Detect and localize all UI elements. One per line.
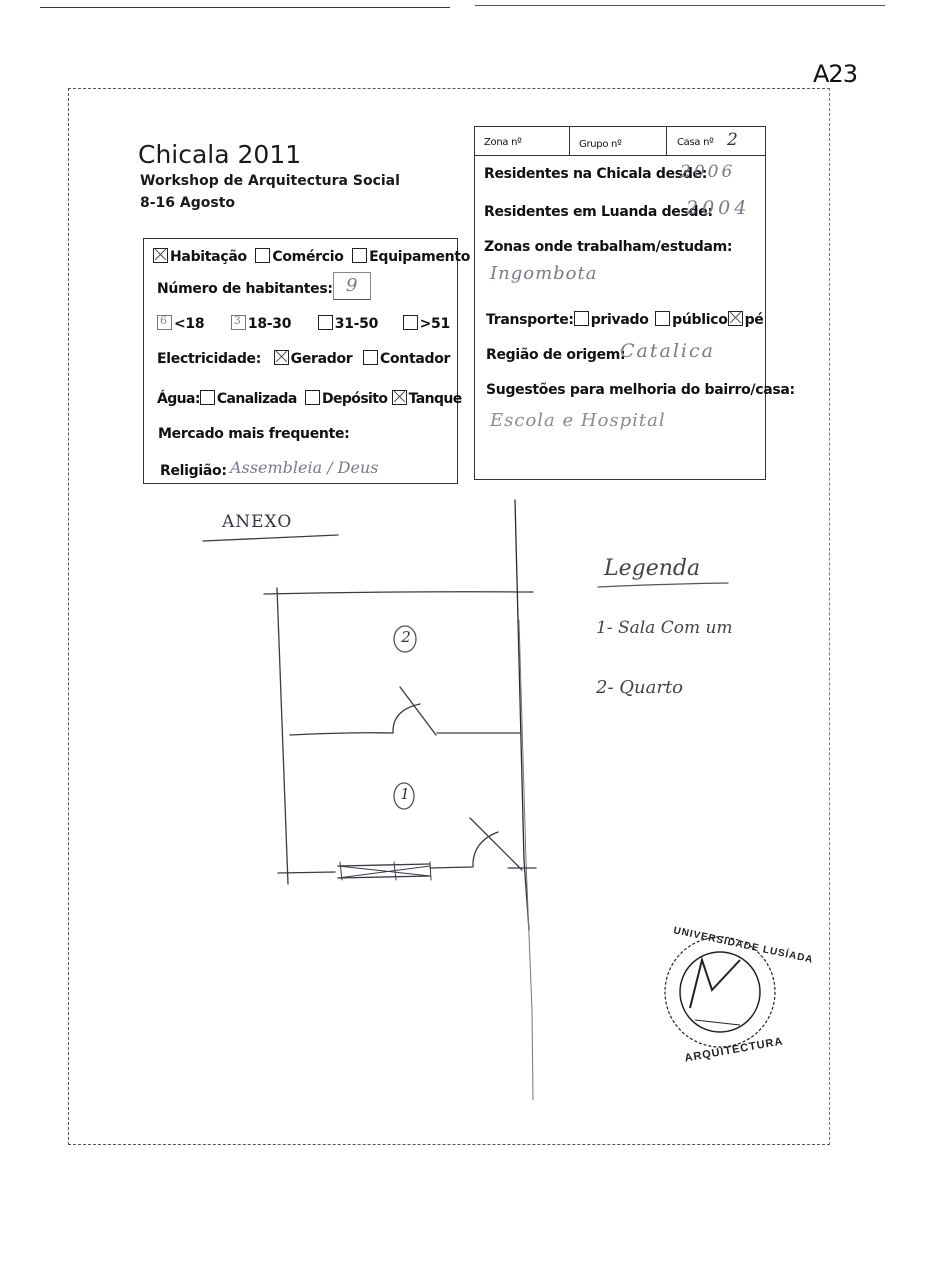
legend-title: Legenda [604,556,700,581]
room-1-number: 1 [396,785,414,803]
room-2-number: 2 [397,628,415,646]
annex-underline [203,535,338,541]
legend-item-1: 1- Sala Com um [596,618,733,638]
floor-plan-sketch [0,0,931,1280]
legend-item-2: 2- Quarto [596,677,683,698]
